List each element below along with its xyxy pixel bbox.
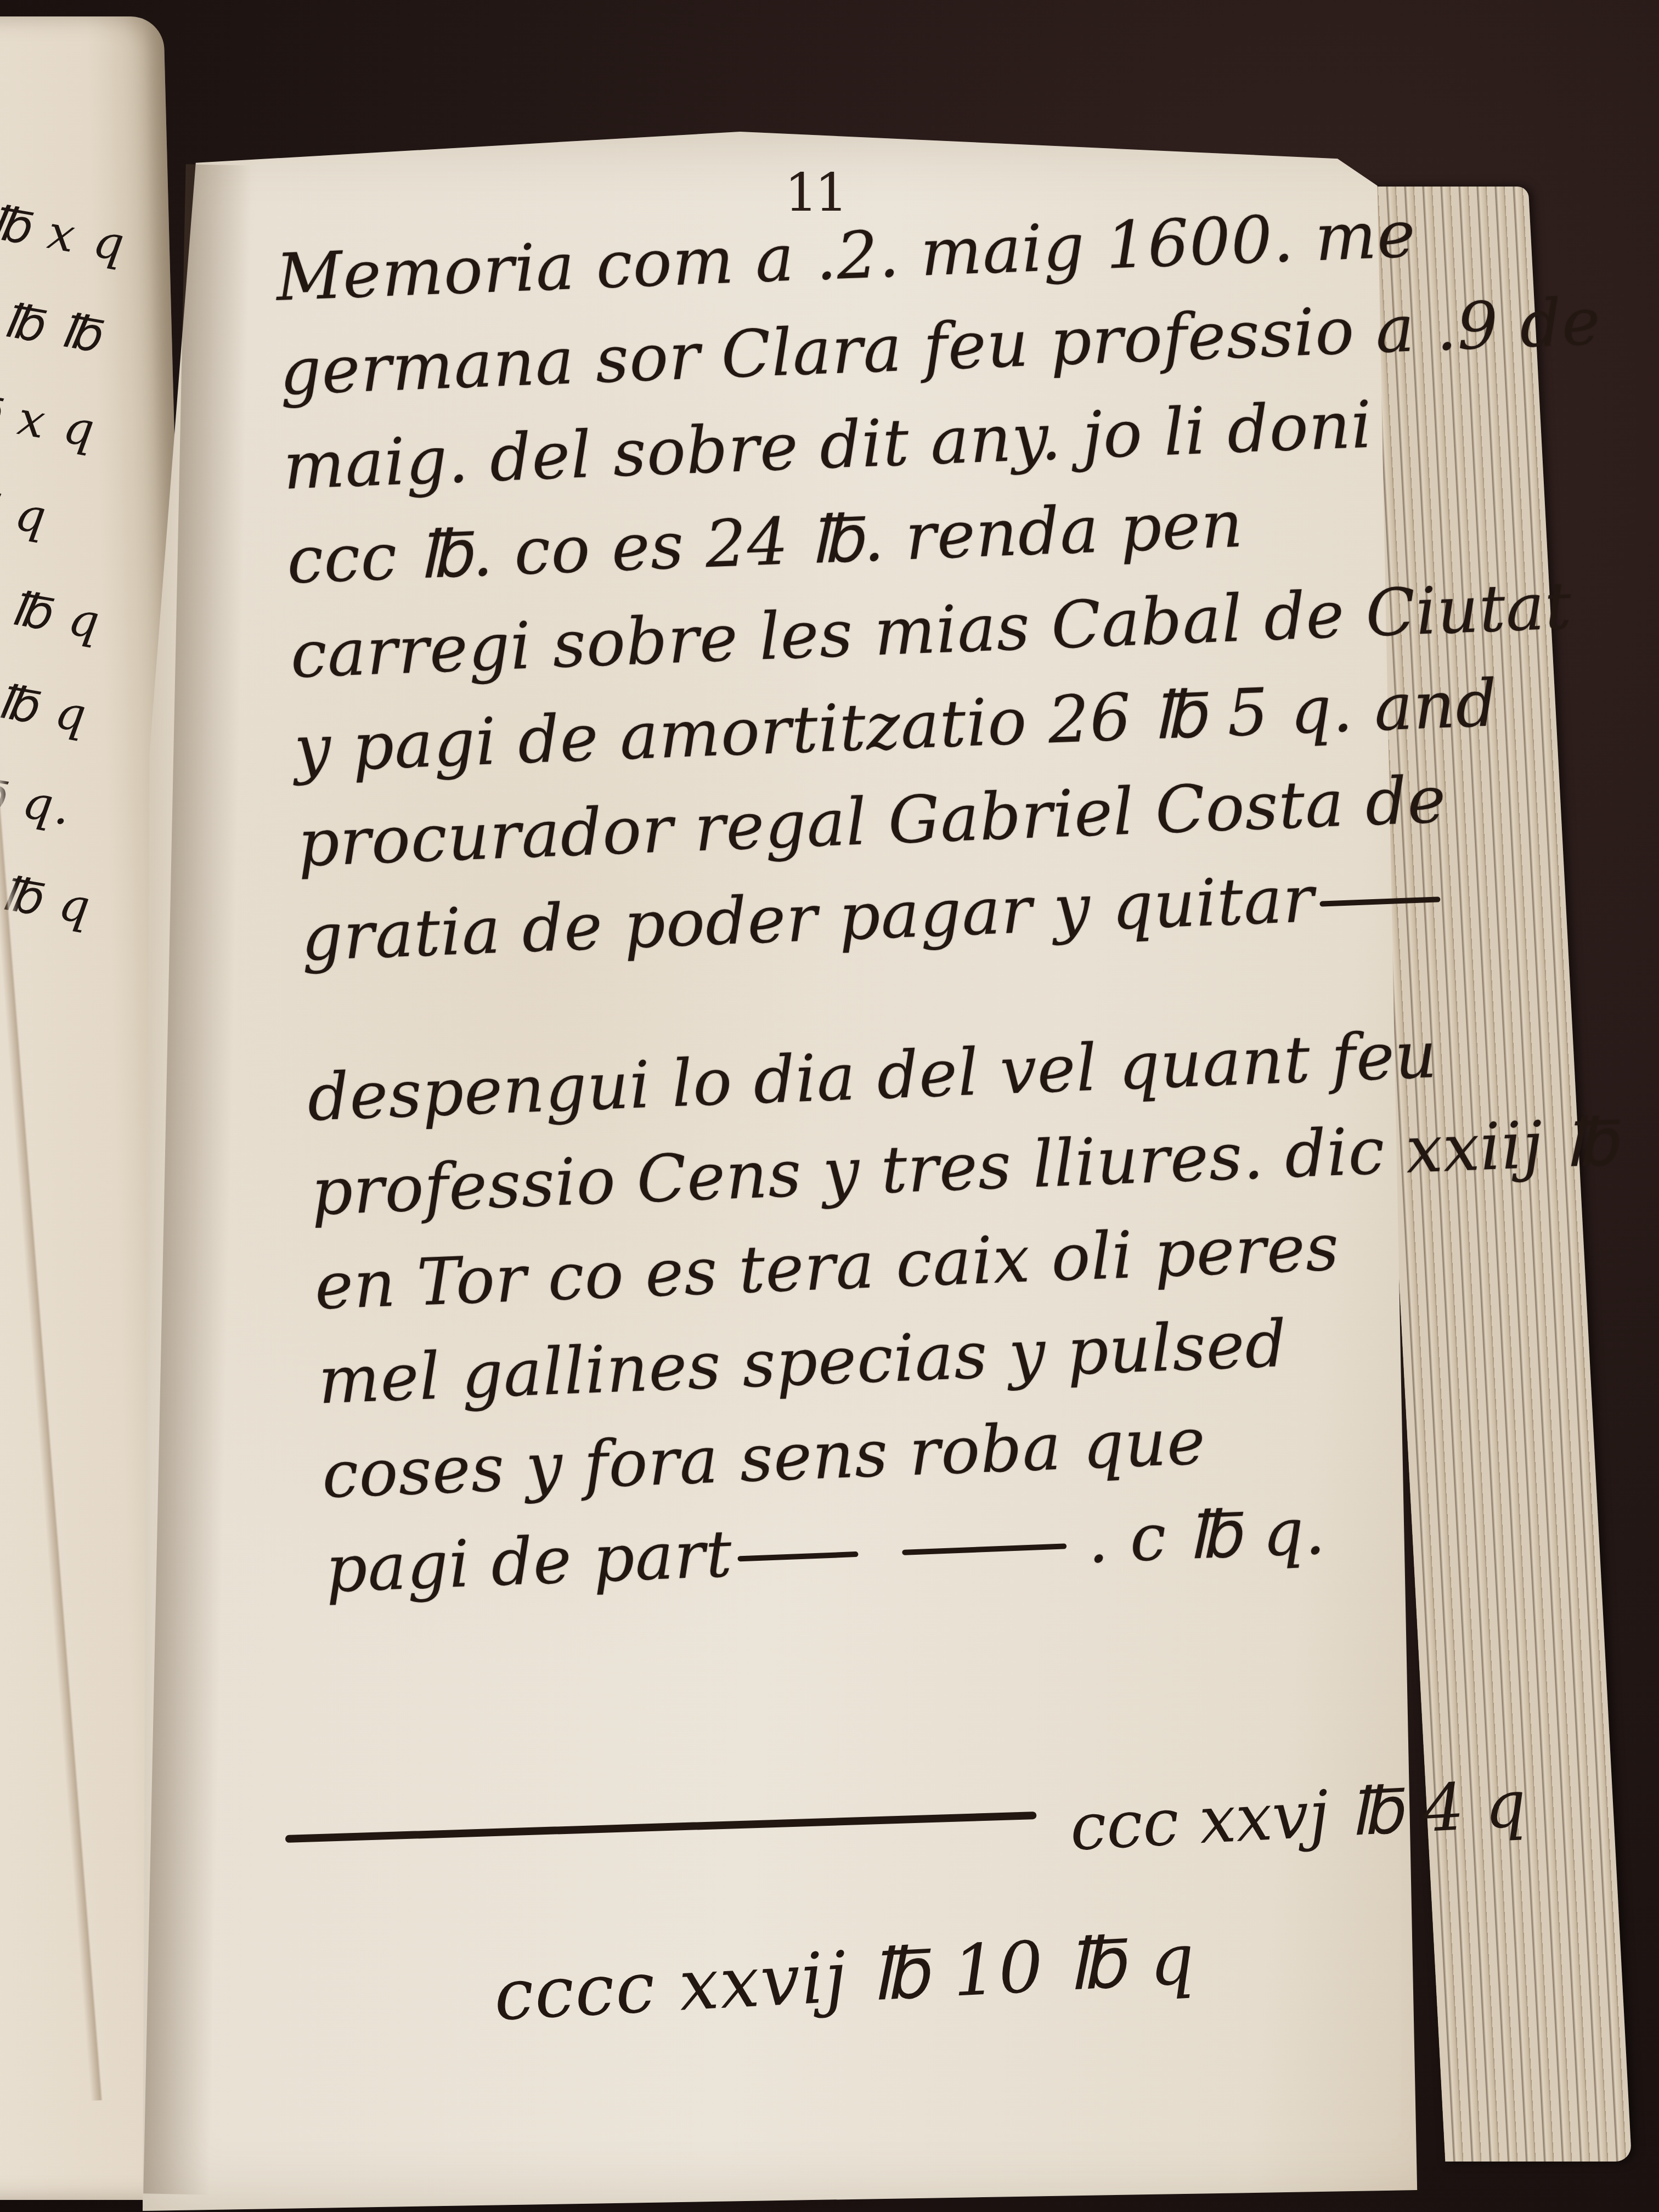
line-filler-stroke [902, 1544, 1066, 1556]
manuscript-text-block: Memoria com a .2. maig 1600. me germana … [274, 185, 1506, 1616]
line-filler-stroke [738, 1551, 859, 1561]
subtotal-rule [285, 1812, 1037, 1843]
entry-amount: . c ℔ q. [1086, 1493, 1327, 1578]
subtotal-row: ccc xxvj ℔ 4 q [285, 1778, 1520, 1887]
subtotal-value: ccc xxvj ℔ 4 q [1068, 1765, 1528, 1865]
manuscript-line-text: pagi de part [324, 1516, 733, 1607]
line-filler-stroke [1320, 897, 1441, 907]
left-fragment-line: - ij ℔ x q [0, 160, 97, 286]
